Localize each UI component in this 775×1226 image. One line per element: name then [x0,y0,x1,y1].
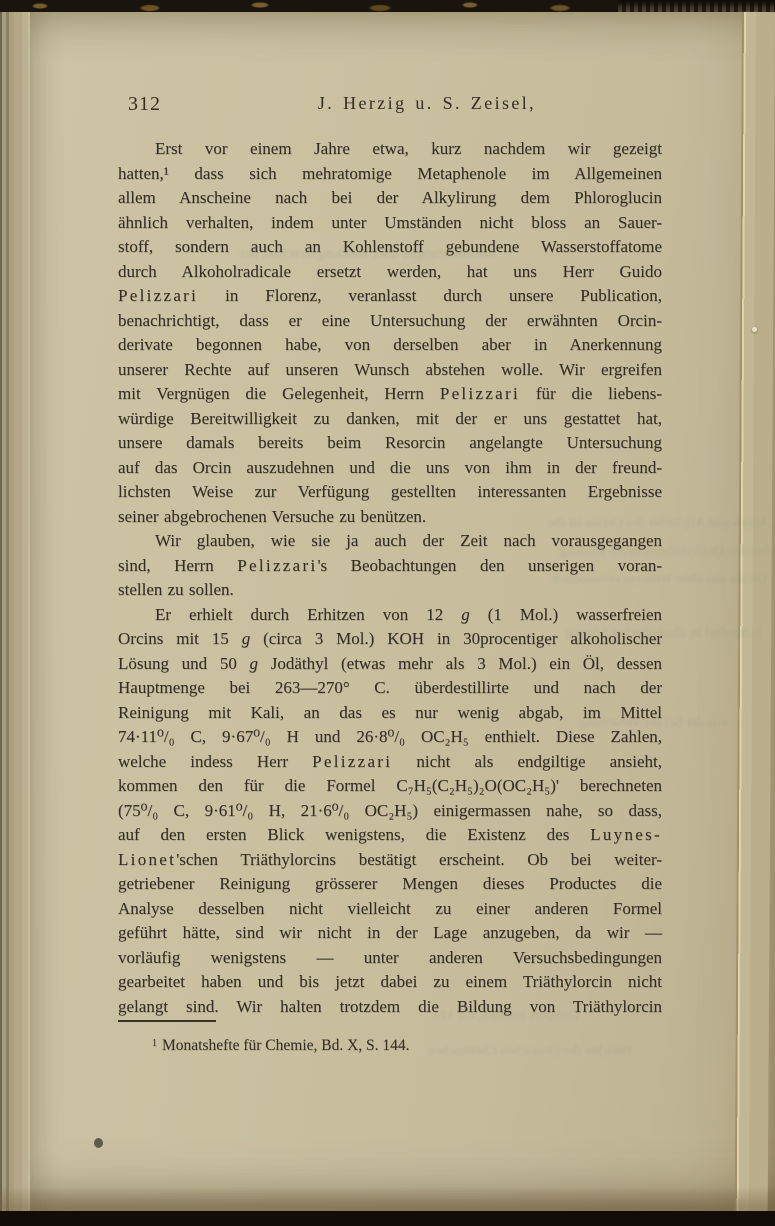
text-line: getriebener Reinigung grösserer Mengen d… [118,872,662,897]
running-header: J. Herzig u. S. Zeisel, [118,93,662,114]
text-line: benachrichtigt, dass er eine Untersuchun… [118,309,662,334]
bleedthrough-text: sprechenden Dialkyläthern, deren Bildung [560,544,775,560]
text-line: geführt hätte, sind wir nicht in der Lag… [118,921,662,946]
text-line: lichsten Weise zur Verfügung gestellten … [118,480,662,505]
text-line: mit Vergnügen die Gelegenheit, Herrn Pel… [118,382,662,407]
text-line: Erst vor einem Jahre etwa, kurz nachdem … [118,137,662,162]
footnote: 1Monatshefte für Chemie, Bd. X, S. 144. [152,1037,410,1055]
text-line: (75⁰/₀ C, 9·61⁰/₀ H, 21·6⁰/₀ OC₂H₅) eini… [118,799,662,824]
bleedthrough-text: Beobachtungen über Bindungswechsel bei [240,246,495,263]
text-line: derivate begonnen habe, von derselben ab… [118,333,662,358]
text-line: gelangt sind. Wir halten trotzdem die Bi… [118,995,662,1020]
text-line: Lösung und 50 g Jodäthyl (etwas mehr als… [118,652,662,677]
bleedthrough-text: von der bei der Verseifung [580,716,728,732]
text-line: auf das Orcin auszudehnen und die uns vo… [118,456,662,481]
bleedthrough-text: über die Methyl-, Äthyl- und Allyläther … [548,516,775,532]
text-line: welche indess Herr Pelizzari nicht als e… [118,750,662,775]
footnote-rule [118,1020,216,1022]
bleedthrough-text: Comptes rendues, 65, 118. [430,1008,579,1024]
page-number: 312 [128,93,161,116]
text-line: ähnlich verhalten, indem unter Umständen… [118,211,662,236]
ink-speck [94,1138,103,1148]
text-line: Hauptmenge bei 263—270° C. überdestillir… [118,676,662,701]
text-line: kommen den für die Formel C₇H₅(C₂H₅)₂O(O… [118,774,662,799]
text-line: Er erhielt durch Erhitzen von 12 g (1 Mo… [118,603,662,628]
scanned-book-page: 312 J. Herzig u. S. Zeisel, Erst vor ein… [0,0,775,1226]
text-line: Analyse desselben nicht vielleicht zu ei… [118,897,662,922]
text-line: unsere damals bereits beim Resorcin ange… [118,431,662,456]
bleedthrough-text: atomigkeit des Orcins uns ohne Weiteres … [552,572,775,588]
text-line: unserer Rechte auf unseren Wunsch absteh… [118,358,662,383]
text-line: Pelizzari in Florenz, veranlasst durch u… [118,284,662,309]
text-line: durch Alkoholradicale ersetzt werden, ha… [118,260,662,285]
text-line: hatten,¹ dass sich mehratomige Metapheno… [118,162,662,187]
bleedthrough-text: Jodmethyl in alkoholischer Lösung [566,626,763,642]
text-line: vorläufig wenigstens — unter anderen Ver… [118,946,662,971]
stacked-page-edges-left [0,12,32,1213]
footnote-text: Monatshefte für Chemie, Bd. X, S. 144. [162,1037,410,1054]
text-line: auf den ersten Blick wenigstens, die Exi… [118,823,662,848]
paper-speck [752,327,757,332]
footnote-marker: 1 [152,1038,157,1049]
text-line: gearbeitet haben und bis jetzt dabei zu … [118,970,662,995]
text-line: Lionet'schen Triäthylorcins bestätigt er… [118,848,662,873]
text-line: allem Anscheine nach bei der Alkylirung … [118,186,662,211]
page-bottom-shadow [0,1186,775,1212]
book-cover-edge-bottom [0,1211,775,1226]
bleedthrough-text: Berichte der Deutschen Chemischen [428,1044,632,1060]
page-header: 312 J. Herzig u. S. Zeisel, [118,93,662,114]
text-line: würdige Bereitwilligkeit zu danken, mit … [118,407,662,432]
